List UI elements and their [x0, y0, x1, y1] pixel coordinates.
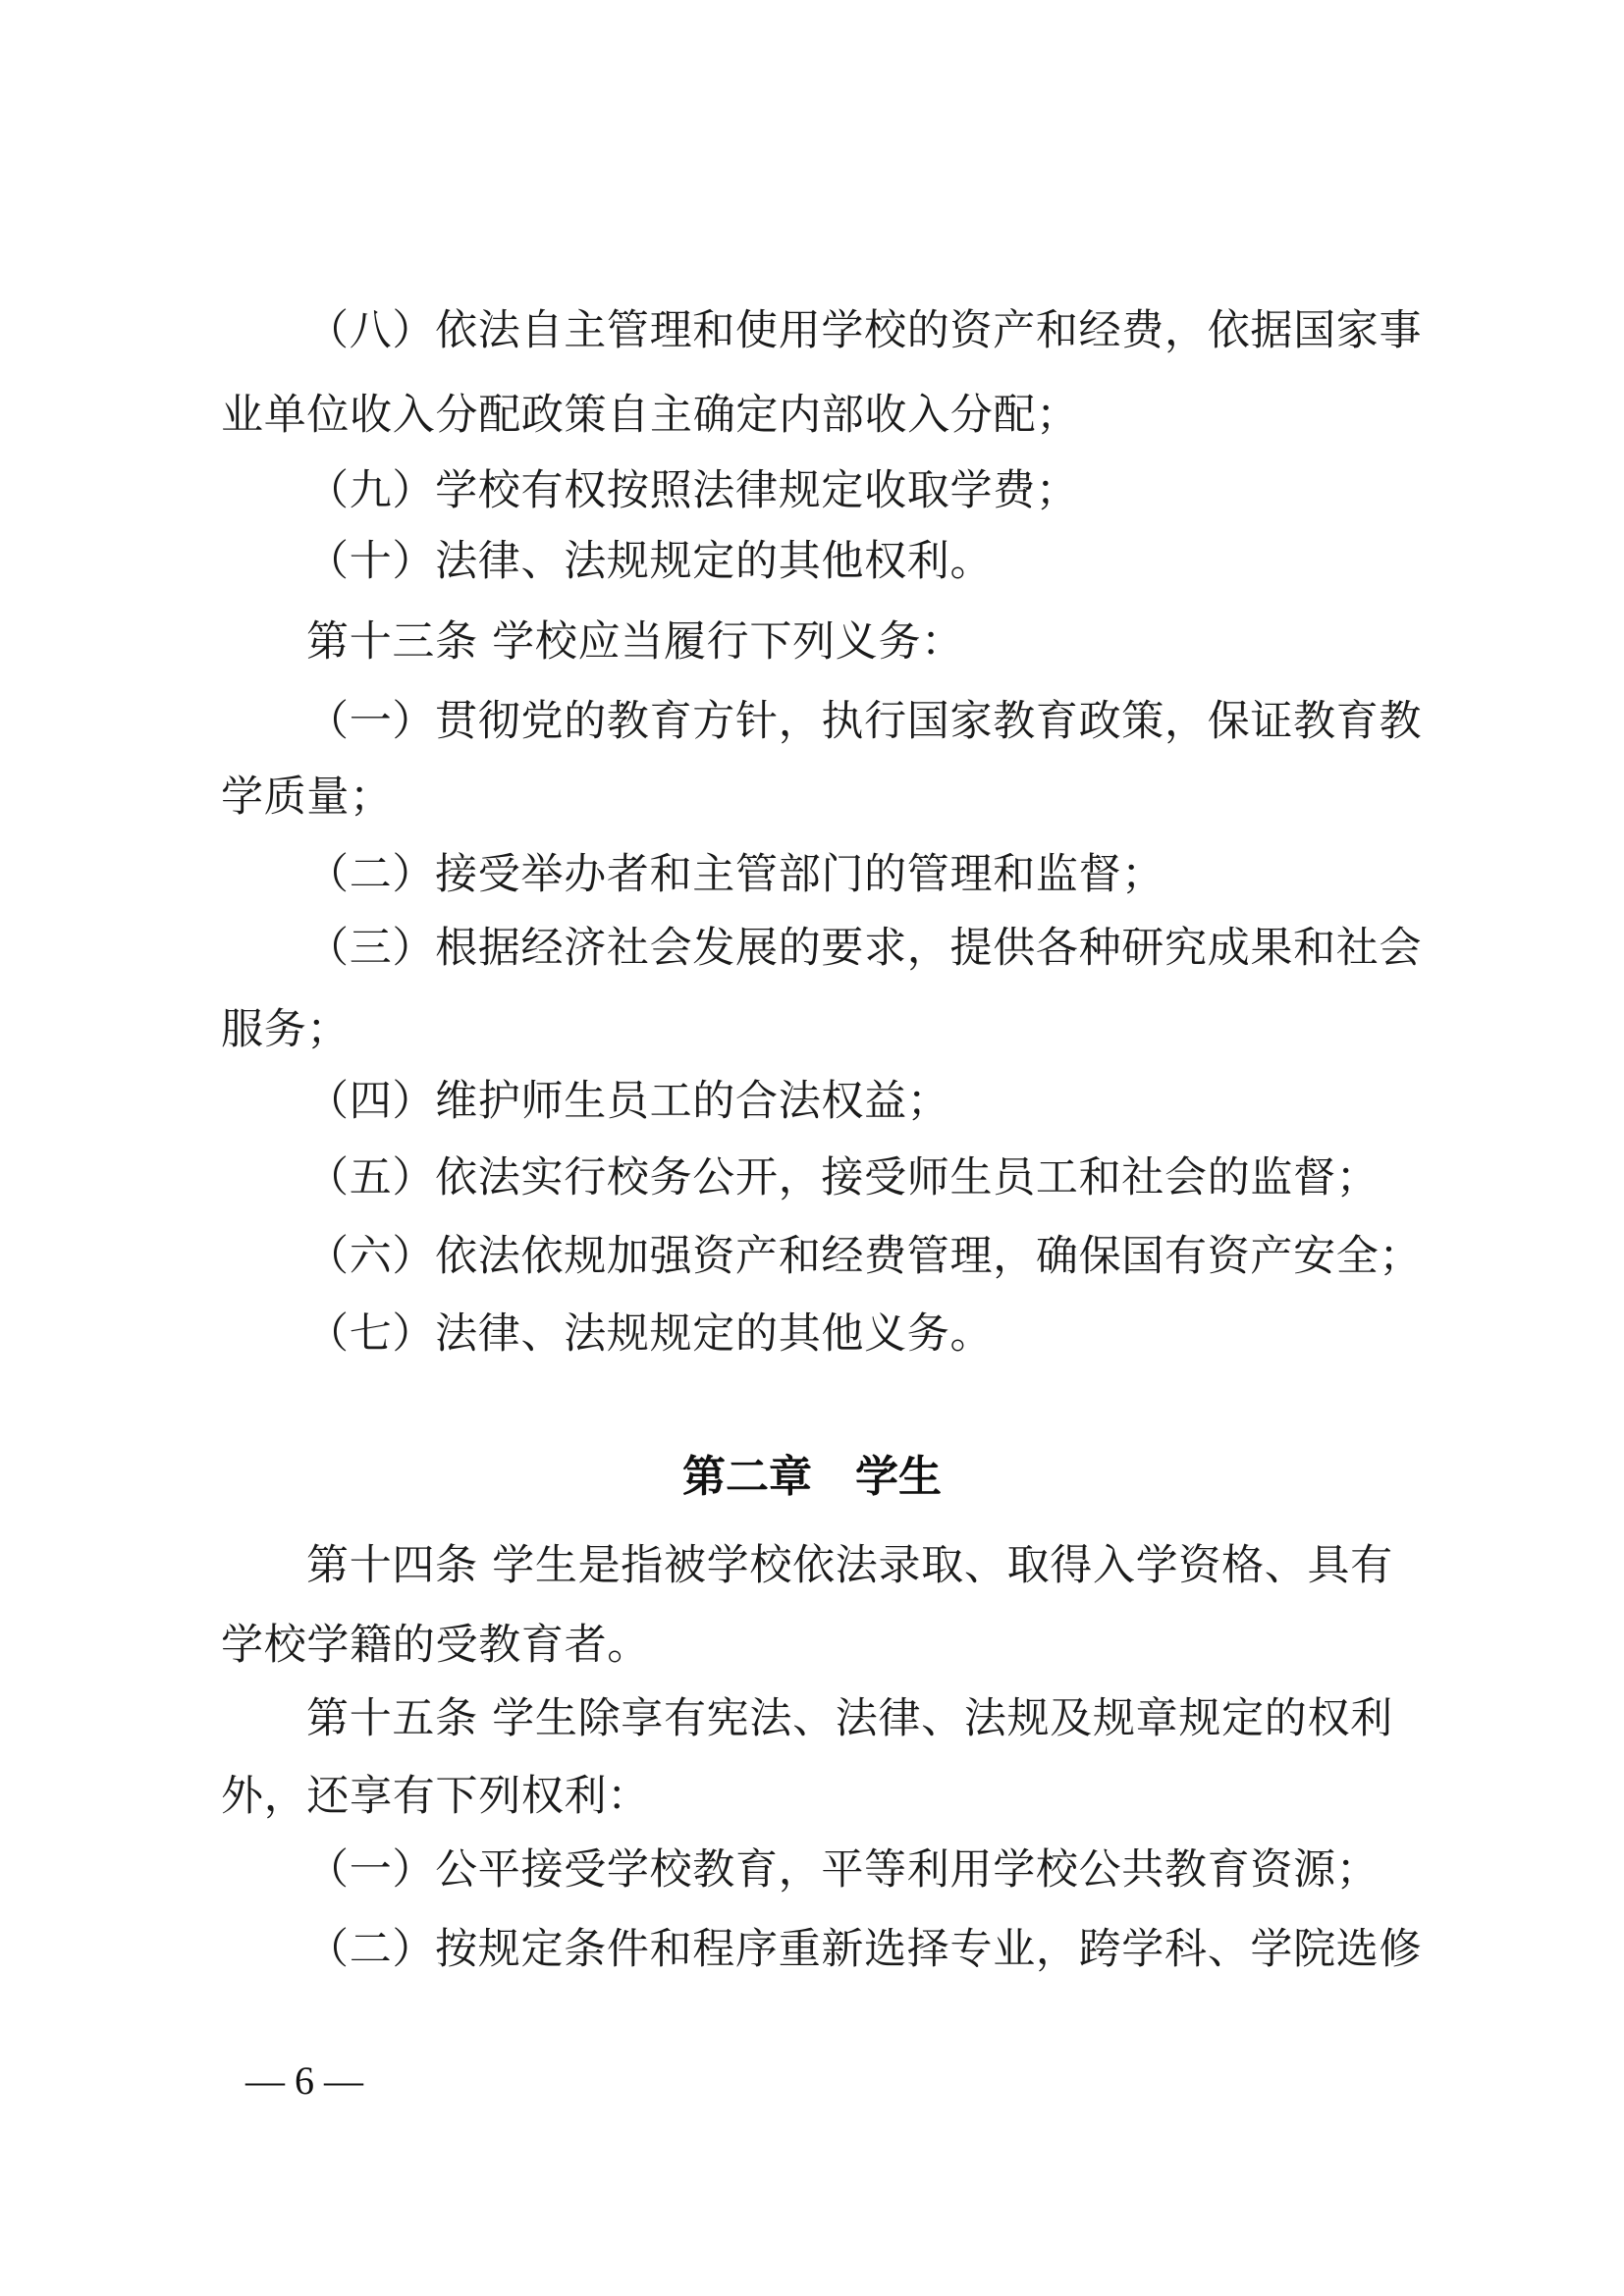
duty-7: （七）法律、法规规定的其他义务。	[306, 1305, 1524, 1363]
student-right-1: （一）公平接受学校教育，平等利用学校公共教育资源；	[306, 1841, 1524, 1899]
article-13: 第十三条 学校应当履行下列义务：	[306, 613, 1524, 671]
article-15-line-1: 第十五条 学生除享有宪法、法律、法规及规章规定的权利	[306, 1689, 1524, 1748]
item-10: （十）法律、法规规定的其他权利。	[306, 532, 1524, 591]
item-9: （九）学校有权按照法律规定收取学费；	[306, 461, 1524, 520]
duty-3-line-1: （三）根据经济社会发展的要求，提供各种研究成果和社会	[306, 919, 1524, 978]
duty-2: （二）接受举办者和主管部门的管理和监督；	[306, 845, 1524, 904]
duty-6: （六）依法依规加强资产和经费管理，确保国有资产安全；	[306, 1227, 1524, 1286]
duty-1-line-1: （一）贯彻党的教育方针，执行国家教育政策，保证教育教	[306, 692, 1524, 751]
article-14-line-1: 第十四条 学生是指被学校依法录取、取得入学资格、具有	[306, 1536, 1524, 1595]
item-8-line-1: （八）依法自主管理和使用学校的资产和经费，依据国家事	[306, 301, 1524, 360]
student-right-2: （二）按规定条件和程序重新选择专业，跨学科、学院选修	[306, 1920, 1524, 1979]
duty-3-line-2: 服务；	[221, 1000, 1438, 1059]
article-14-line-2: 学校学籍的受教育者。	[221, 1616, 1438, 1675]
article-15-line-2: 外，还享有下列权利：	[221, 1767, 1438, 1826]
duty-5: （五）依法实行校务公开，接受师生员工和社会的监督；	[306, 1148, 1524, 1207]
item-8-line-2: 业单位收入分配政策自主确定内部收入分配；	[221, 386, 1438, 445]
duty-1-line-2: 学质量；	[221, 768, 1438, 827]
chapter-heading: 第二章 学生	[0, 1448, 1624, 1507]
document-page: （八）依法自主管理和使用学校的资产和经费，依据国家事 业单位收入分配政策自主确定…	[0, 0, 1624, 2296]
duty-4: （四）维护师生员工的合法权益；	[306, 1072, 1524, 1131]
page-number: — 6 —	[245, 2056, 363, 2106]
